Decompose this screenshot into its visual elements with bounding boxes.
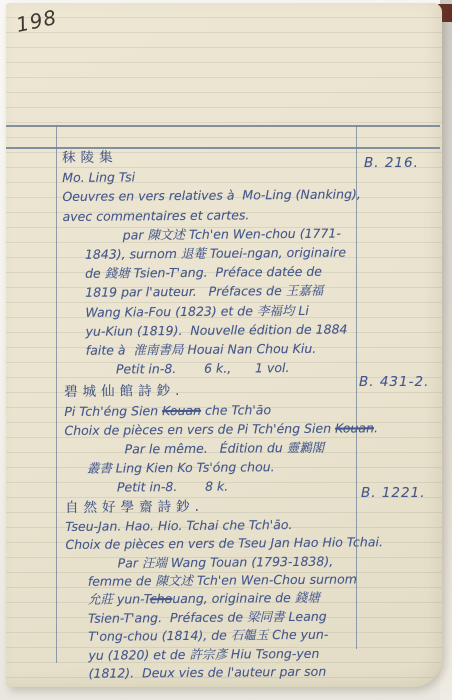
entry-line: (1812). Deux vies de l'auteur par son bbox=[67, 662, 367, 683]
entry-line: Par le même. Édition du 靈鶼閣 bbox=[65, 438, 365, 460]
choix-post: . bbox=[374, 421, 378, 436]
entry-format-line: Petit in-8. 6 k., 1 vol. bbox=[64, 358, 364, 380]
roman-post: che Tch'āo bbox=[201, 403, 271, 419]
page-number: 198 bbox=[14, 5, 59, 37]
entry-line: avec commentaires et cartes. bbox=[63, 204, 363, 226]
entry-title-roman: Pi Tch'éng Sien Kouan che Tch'āo bbox=[64, 400, 364, 422]
entry-line: Choix de pièces en vers de Pi Tch'éng Si… bbox=[64, 419, 364, 441]
entry-line: faite à 淮南書局 Houai Nan Chou Kiu. bbox=[64, 338, 364, 360]
entry-line: 叢書 Ling Kien Ko Ts'óng chou. bbox=[65, 457, 365, 479]
roman-pre: Pi Tch'éng Sien bbox=[64, 404, 162, 420]
roman-struck-word: Kouan bbox=[162, 403, 201, 418]
entry-title-roman: Mo. Ling Tsi bbox=[62, 166, 362, 188]
yun-post: uang, originaire de 錢塘 bbox=[172, 590, 320, 606]
catalog-entry-pi-tcheng-sien-kouan: 碧城仙館詩鈔. Pi Tch'éng Sien Kouan che Tch'āo… bbox=[64, 381, 365, 498]
call-number-entry-2: B. 431-2. bbox=[359, 374, 429, 390]
header-rule-top bbox=[6, 125, 440, 127]
entry-line: 1819 par l'auteur. Préfaces de 王嘉福 bbox=[63, 281, 363, 303]
entry-line: 1843), surnom 退菴 Touei-ngan, originaire bbox=[63, 242, 363, 264]
choix-pre: Choix de pièces en vers de Pi Tch'éng Si… bbox=[64, 421, 335, 438]
entry-line: Wang Kia-Fou (1823) et de 李福均 Li bbox=[63, 300, 363, 322]
call-number-entry-3: B. 1221. bbox=[361, 485, 426, 501]
choix-struck-word: Kouan bbox=[335, 421, 374, 436]
entry-line: Choix de pièces en vers de Tseu Jan Hao … bbox=[65, 534, 365, 555]
catalog-entry-tseu-jan-hao-hio-tchai: 自然好學齋詩鈔. Tseu-Jan. Hao. Hio. Tchai che T… bbox=[65, 497, 367, 684]
entry-line: Oeuvres en vers relatives à Mo-Ling (Nan… bbox=[62, 185, 362, 207]
entry-title-chinese: 碧城仙館詩鈔. bbox=[64, 381, 364, 403]
handwritten-content: 秣陵集 Mo. Ling Tsi Oeuvres en vers relativ… bbox=[62, 146, 367, 683]
entry-line: yu-Kiun (1819). Nouvelle édition de 1884 bbox=[64, 319, 364, 341]
entry-line: femme de 陳文述 Tch'en Wen-Chou surnom bbox=[66, 570, 366, 591]
entry-line: T'ong-chou (1814), de 石韞玉 Che yun- bbox=[66, 626, 366, 647]
catalog-entry-mo-ling-tsi: 秣陵集 Mo. Ling Tsi Oeuvres en vers relativ… bbox=[62, 146, 364, 379]
notebook-page: 198 B. 216. B. 431-2. B. 1221. 秣陵集 Mo. L… bbox=[6, 3, 442, 687]
yun-pre: 允莊 yun-T bbox=[88, 592, 150, 608]
margin-rule-left bbox=[56, 125, 57, 663]
entry-line: de 錢塘 Tsien-T'ang. Préface datée de bbox=[63, 262, 363, 284]
call-number-entry-1: B. 216. bbox=[364, 155, 419, 171]
entry-format-line: Petit in-8. 8 k. bbox=[65, 476, 365, 498]
entry-line: par 陳文述 Tch'en Wen-chou (1771- bbox=[63, 223, 363, 245]
yun-struck-letters: cho bbox=[150, 592, 173, 607]
entry-title-chinese: 秣陵集 bbox=[62, 146, 362, 168]
